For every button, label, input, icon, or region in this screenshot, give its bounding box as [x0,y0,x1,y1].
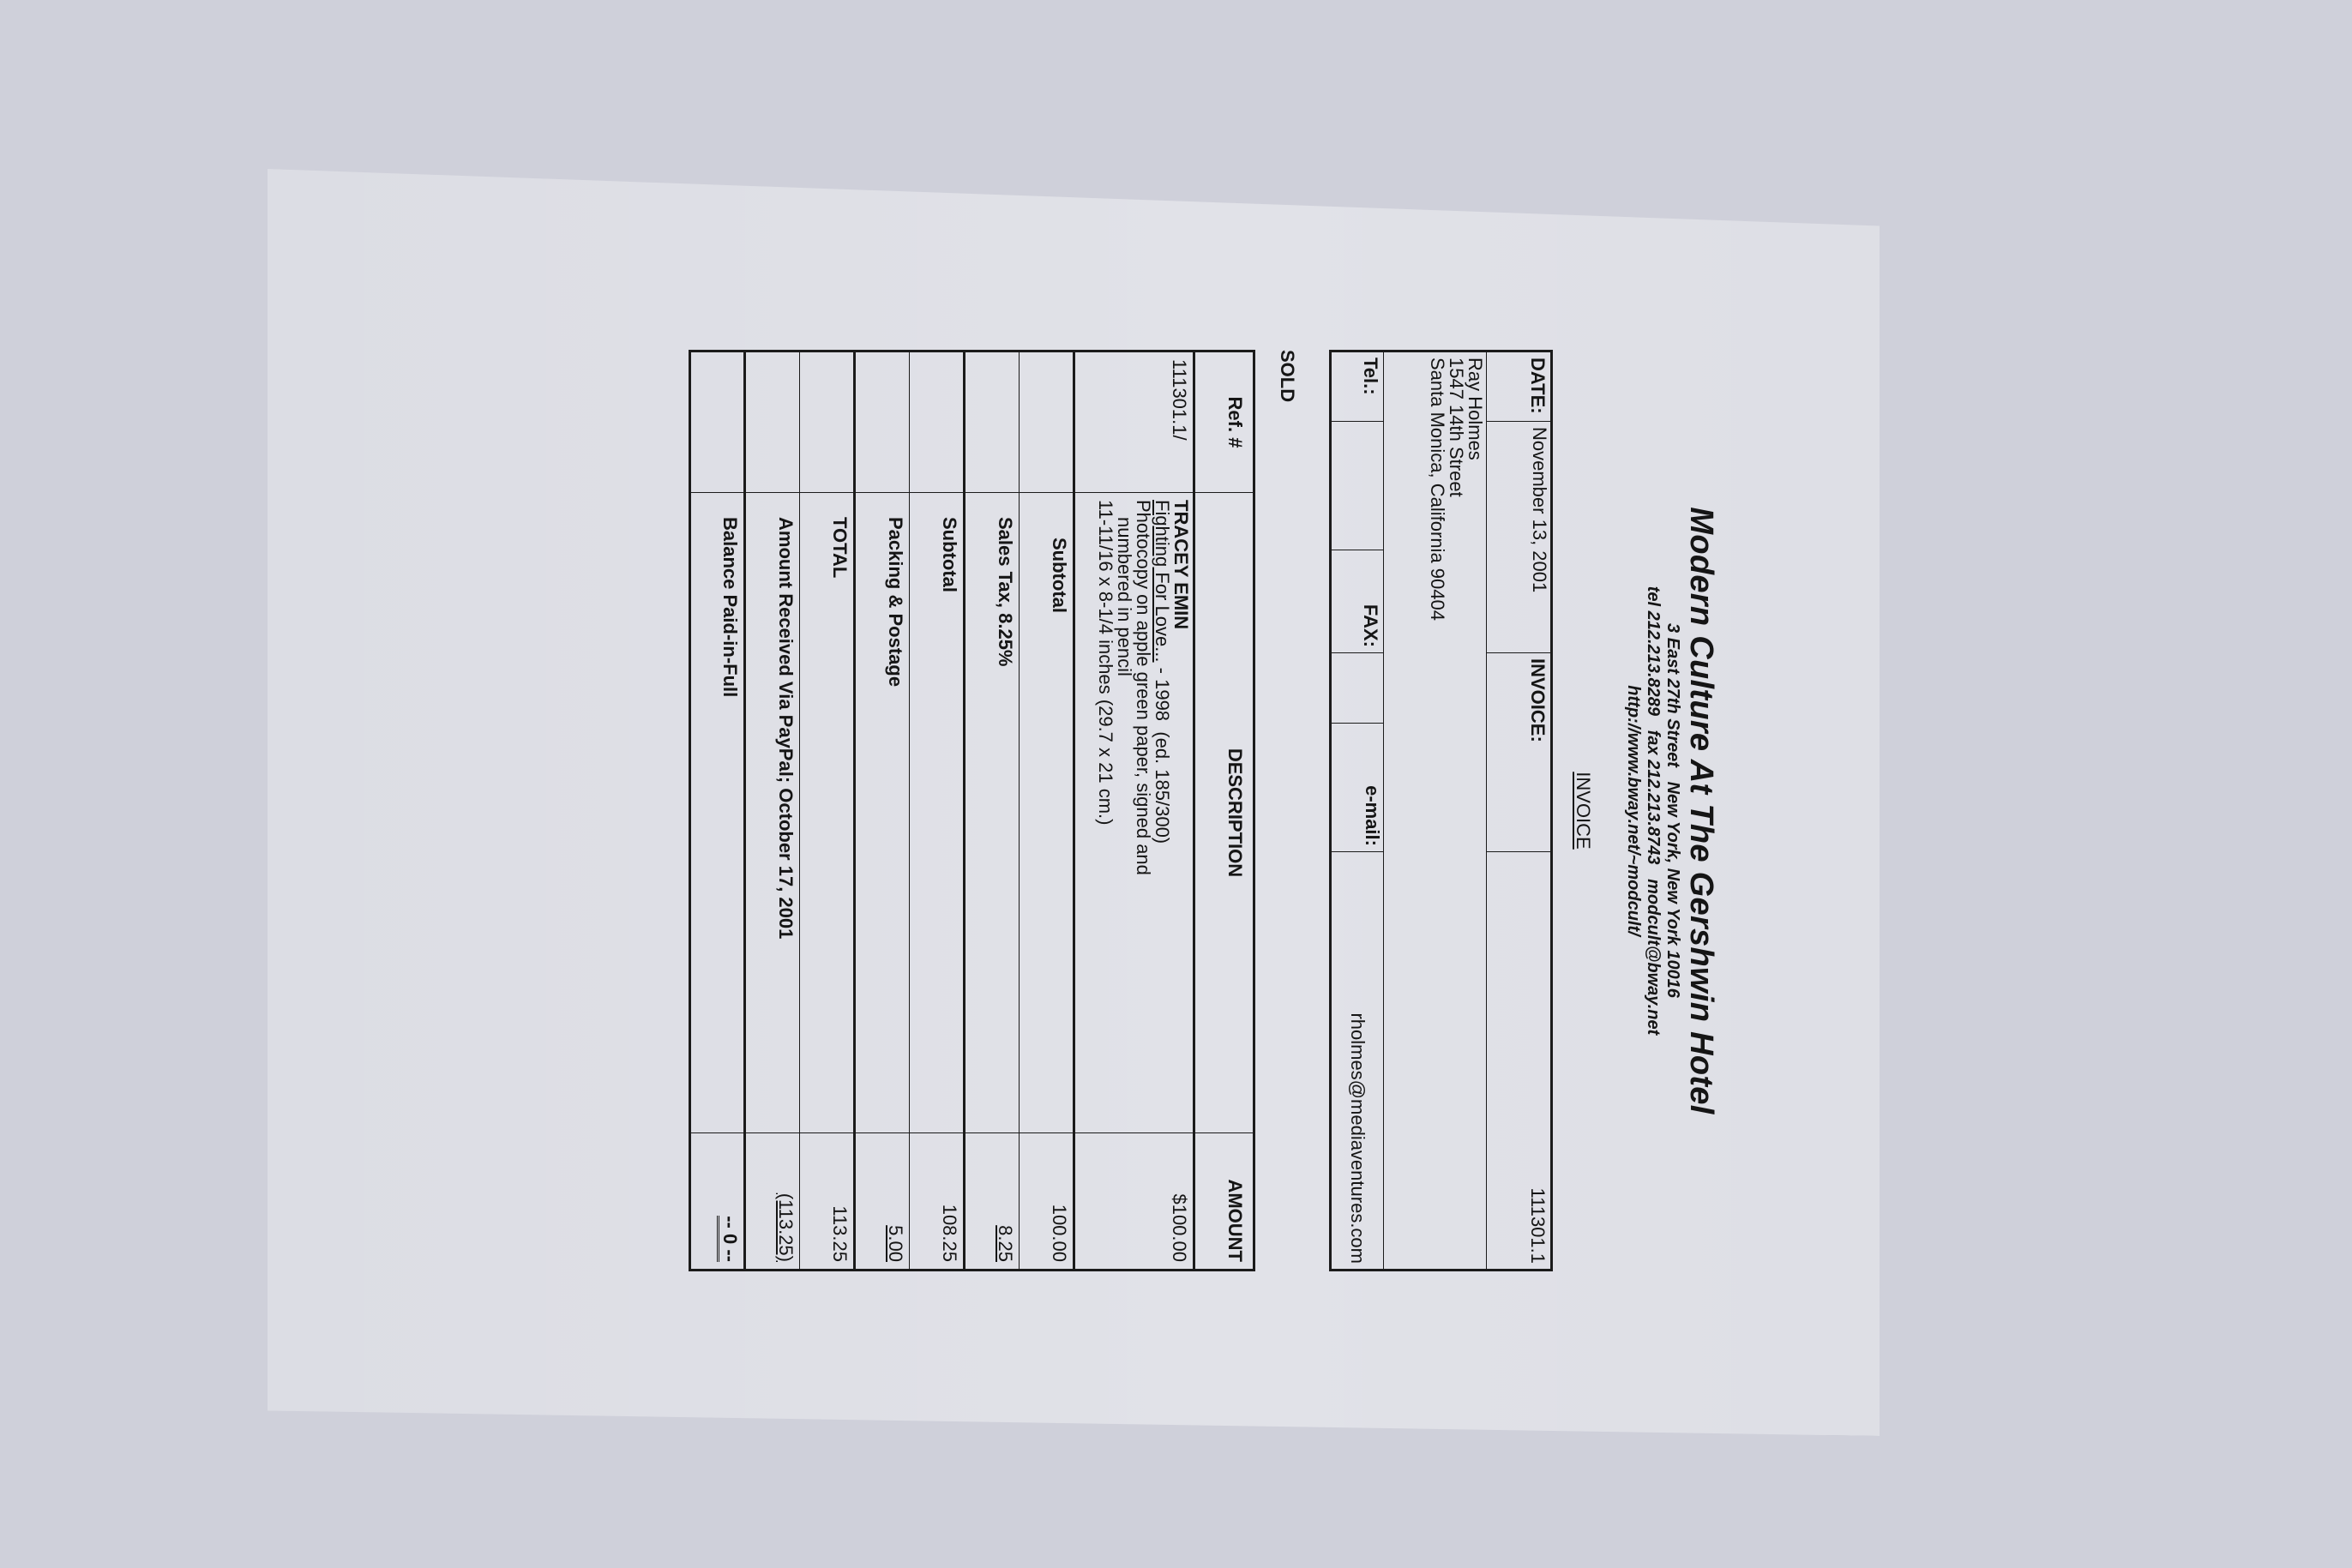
summary-value: 113.25 [800,1133,855,1271]
tel-label: Tel.: [1331,351,1384,422]
summary-value: 8.25 [995,1225,1016,1262]
date-value: November 13, 2001 [1487,422,1552,653]
fax-value [1331,653,1384,724]
summary-value: 100.00 [1020,1133,1074,1271]
company-contact: tel 212.213.8289 fax 212.213.8743 modcul… [1643,350,1663,1271]
summary-label: Sales Tax, 8.25% [965,493,1020,1133]
summary-value: (113.25) [775,1193,797,1262]
col-ref: Ref. # [1194,351,1254,493]
summary-row: Amount Received Via PayPal; October 17, … [745,351,800,1271]
sold-label: SOLD [1276,350,1298,1271]
email-label: e-mail: [1331,724,1384,852]
customer-city: Santa Monica, California 90404 [1428,357,1447,1264]
invoice-header-table: DATE: November 13, 2001 INVOICE: 111301.… [1329,350,1553,1271]
items-table: Ref. # DESCRIPTION AMOUNT 111301.1/ TRAC… [689,350,1255,1271]
item-title: Fighting For Love... [1152,500,1173,663]
company-address: 3 East 27th Street New York, New York 10… [1663,350,1682,1271]
email-value: rholmes@mediaventures.com [1331,852,1384,1271]
tel-value [1331,422,1384,550]
summary-row: Subtotal 100.00 [1020,351,1074,1271]
table-row: 111301.1/ TRACEY EMIN Fighting For Love.… [1074,351,1194,1271]
summary-row: Sales Tax, 8.25% 8.25 [965,351,1020,1271]
company-header: Modern Culture At The Gershwin Hotel 3 E… [1623,350,1719,1271]
summary-label: Subtotal [910,493,965,1133]
summary-row: Balance Paid-in-Full -- 0 -- [690,351,745,1271]
invoice-number-value: 111301.1 [1487,852,1552,1271]
summary-label: TOTAL [800,493,855,1133]
item-artist: TRACEY EMIN [1171,500,1190,1126]
date-label: DATE: [1487,351,1552,422]
col-description: DESCRIPTION [1194,493,1254,1133]
invoice-number-label: INVOICE: [1487,653,1552,852]
summary-row: TOTAL 113.25 [800,351,855,1271]
company-website: http://www.bway.net/~modcult/ [1623,350,1643,1271]
summary-row: Subtotal 108.25 [910,351,965,1271]
summary-label: Subtotal [1020,493,1074,1133]
item-detail-1: Photocopy on apple green paper, signed a… [1134,500,1152,1126]
customer-address: Ray Holmes 1547 14th Street Santa Monica… [1384,351,1487,1271]
company-name: Modern Culture At The Gershwin Hotel [1682,350,1719,1271]
invoice-document: Modern Culture At The Gershwin Hotel 3 E… [613,350,1719,1271]
item-description: TRACEY EMIN Fighting For Love... - 1998 … [1074,493,1194,1133]
document-label: INVOICE [1572,350,1594,1271]
col-amount: AMOUNT [1194,1133,1254,1271]
item-detail-3: 11-11/16 x 8-1/4 inches (29.7 x 21 cm.) [1096,500,1115,1126]
item-amount: $100.00 [1074,1133,1194,1271]
item-title-suffix: - 1998 (ed. 185/300) [1152,663,1173,844]
summary-label: Balance Paid-in-Full [690,493,745,1133]
customer-name: Ray Holmes [1465,357,1484,1264]
summary-label: Amount Received Via PayPal; October 17, … [745,493,800,1133]
item-ref: 111301.1/ [1074,351,1194,493]
summary-row: Packing & Postage 5.00 [855,351,910,1271]
item-detail-2: numbered in pencil [1115,500,1134,1126]
summary-label: Packing & Postage [855,493,910,1133]
customer-street: 1547 14th Street [1447,357,1465,1264]
summary-value: -- 0 -- [717,1216,741,1262]
summary-value: 5.00 [885,1225,906,1262]
summary-value: 108.25 [910,1133,965,1271]
fax-label: FAX: [1331,550,1384,653]
